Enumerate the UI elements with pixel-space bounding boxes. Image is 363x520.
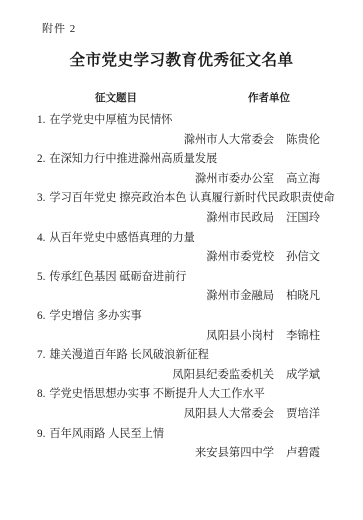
author-line: 滁州市人大常委会 陈贵伦 [0,131,363,151]
author-unit: 来安县第四中学 [195,444,274,464]
item-number: 4. [37,232,45,244]
essay-title-text: 传承红色基因 砥砺奋进前行 [49,271,186,283]
essay-title-text: 学习百年党史 擦亮政治本色 认真履行新时代民政职责使命 [49,192,334,204]
author-unit: 凤阳县人大常委会 [184,405,274,425]
author-name: 柏晓凡 [286,287,320,307]
list-item: 1.在学党史中厚植为民情怀 滁州市人大常委会 陈贵伦 [0,111,363,150]
essay-title-text: 在深知力行中推进滁州高质量发展 [49,153,217,165]
author-unit: 滁州市民政局 [206,209,274,229]
item-number: 3. [37,192,45,204]
author-name: 成学斌 [286,366,320,386]
column-header-row: 征文题目 作者单位 [0,92,363,105]
essay-title-line: 1.在学党史中厚植为民情怀 [0,111,363,131]
essay-title-text: 在学党史中厚植为民情怀 [49,114,172,126]
author-line: 凤阳县人大常委会 贾培洋 [0,405,363,425]
author-name: 李锦柱 [286,327,320,347]
author-line: 滁州市民政局 汪国玲 [0,209,363,229]
essay-title-text: 学史增信 多办实事 [49,310,141,322]
list-item: 2.在深知力行中推进滁州高质量发展 滁州市委办公室 高立海 [0,150,363,189]
author-line: 滁州市委党校 孙信文 [0,248,363,268]
attachment-label: 附件 2 [42,23,363,36]
item-number: 6. [37,310,45,322]
author-name: 卢碧霞 [286,444,320,464]
author-unit: 滁州市委党校 [206,248,274,268]
document-page: 附件 2 全市党史学习教育优秀征文名单 征文题目 作者单位 1.在学党史中厚植为… [0,0,363,520]
author-name: 汪国玲 [286,209,320,229]
essay-title-line: 4.从百年党史中感悟真理的力量 [0,229,363,249]
item-number: 1. [37,114,45,126]
essay-list: 1.在学党史中厚植为民情怀 滁州市人大常委会 陈贵伦 2.在深知力行中推进滁州高… [0,111,363,464]
author-name: 孙信文 [286,248,320,268]
list-item: 7.雄关漫道百年路 长风破浪新征程 凤阳县纪委监委机关 成学斌 [0,346,363,385]
essay-title-text: 百年风雨路 人民至上情 [49,428,164,440]
item-number: 2. [37,153,45,165]
item-number: 9. [37,428,45,440]
essay-title-text: 从百年党史中感悟真理的力量 [49,232,194,244]
essay-title-line: 9.百年风雨路 人民至上情 [0,425,363,445]
author-line: 来安县第四中学 卢碧霞 [0,444,363,464]
list-item: 8.学党史悟思想办实事 不断提升人大工作水平 凤阳县人大常委会 贾培洋 [0,385,363,424]
item-number: 8. [37,388,45,400]
page-title: 全市党史学习教育优秀征文名单 [0,50,363,71]
essay-title-line: 6.学史增信 多办实事 [0,307,363,327]
author-name: 陈贵伦 [286,131,320,151]
item-number: 5. [37,271,45,283]
item-number: 7. [37,349,45,361]
author-unit: 滁州市人大常委会 [184,131,274,151]
author-unit: 滁州市金融局 [206,287,274,307]
list-item: 3.学习百年党史 擦亮政治本色 认真履行新时代民政职责使命 滁州市民政局 汪国玲 [0,189,363,228]
essay-title-line: 7.雄关漫道百年路 长风破浪新征程 [0,346,363,366]
essay-title-line: 5.传承红色基因 砥砺奋进前行 [0,268,363,288]
author-unit: 凤阳县小岗村 [206,327,274,347]
essay-title-text: 学党史悟思想办实事 不断提升人大工作水平 [49,388,264,400]
author-line: 凤阳县纪委监委机关 成学斌 [0,366,363,386]
list-item: 6.学史增信 多办实事 凤阳县小岗村 李锦柱 [0,307,363,346]
author-line: 滁州市金融局 柏晓凡 [0,287,363,307]
column-header-author-unit: 作者单位 [248,92,290,105]
author-unit: 滁州市委办公室 [195,170,274,190]
author-line: 凤阳县小岗村 李锦柱 [0,327,363,347]
list-item: 9.百年风雨路 人民至上情 来安县第四中学 卢碧霞 [0,425,363,464]
column-header-essay-title: 征文题目 [95,92,137,105]
list-item: 5.传承红色基因 砥砺奋进前行 滁州市金融局 柏晓凡 [0,268,363,307]
author-name: 高立海 [286,170,320,190]
author-unit: 凤阳县纪委监委机关 [172,366,274,386]
author-name: 贾培洋 [286,405,320,425]
essay-title-line: 8.学党史悟思想办实事 不断提升人大工作水平 [0,385,363,405]
author-line: 滁州市委办公室 高立海 [0,170,363,190]
list-item: 4.从百年党史中感悟真理的力量 滁州市委党校 孙信文 [0,229,363,268]
essay-title-text: 雄关漫道百年路 长风破浪新征程 [49,349,208,361]
essay-title-line: 2.在深知力行中推进滁州高质量发展 [0,150,363,170]
essay-title-line: 3.学习百年党史 擦亮政治本色 认真履行新时代民政职责使命 [0,189,363,209]
